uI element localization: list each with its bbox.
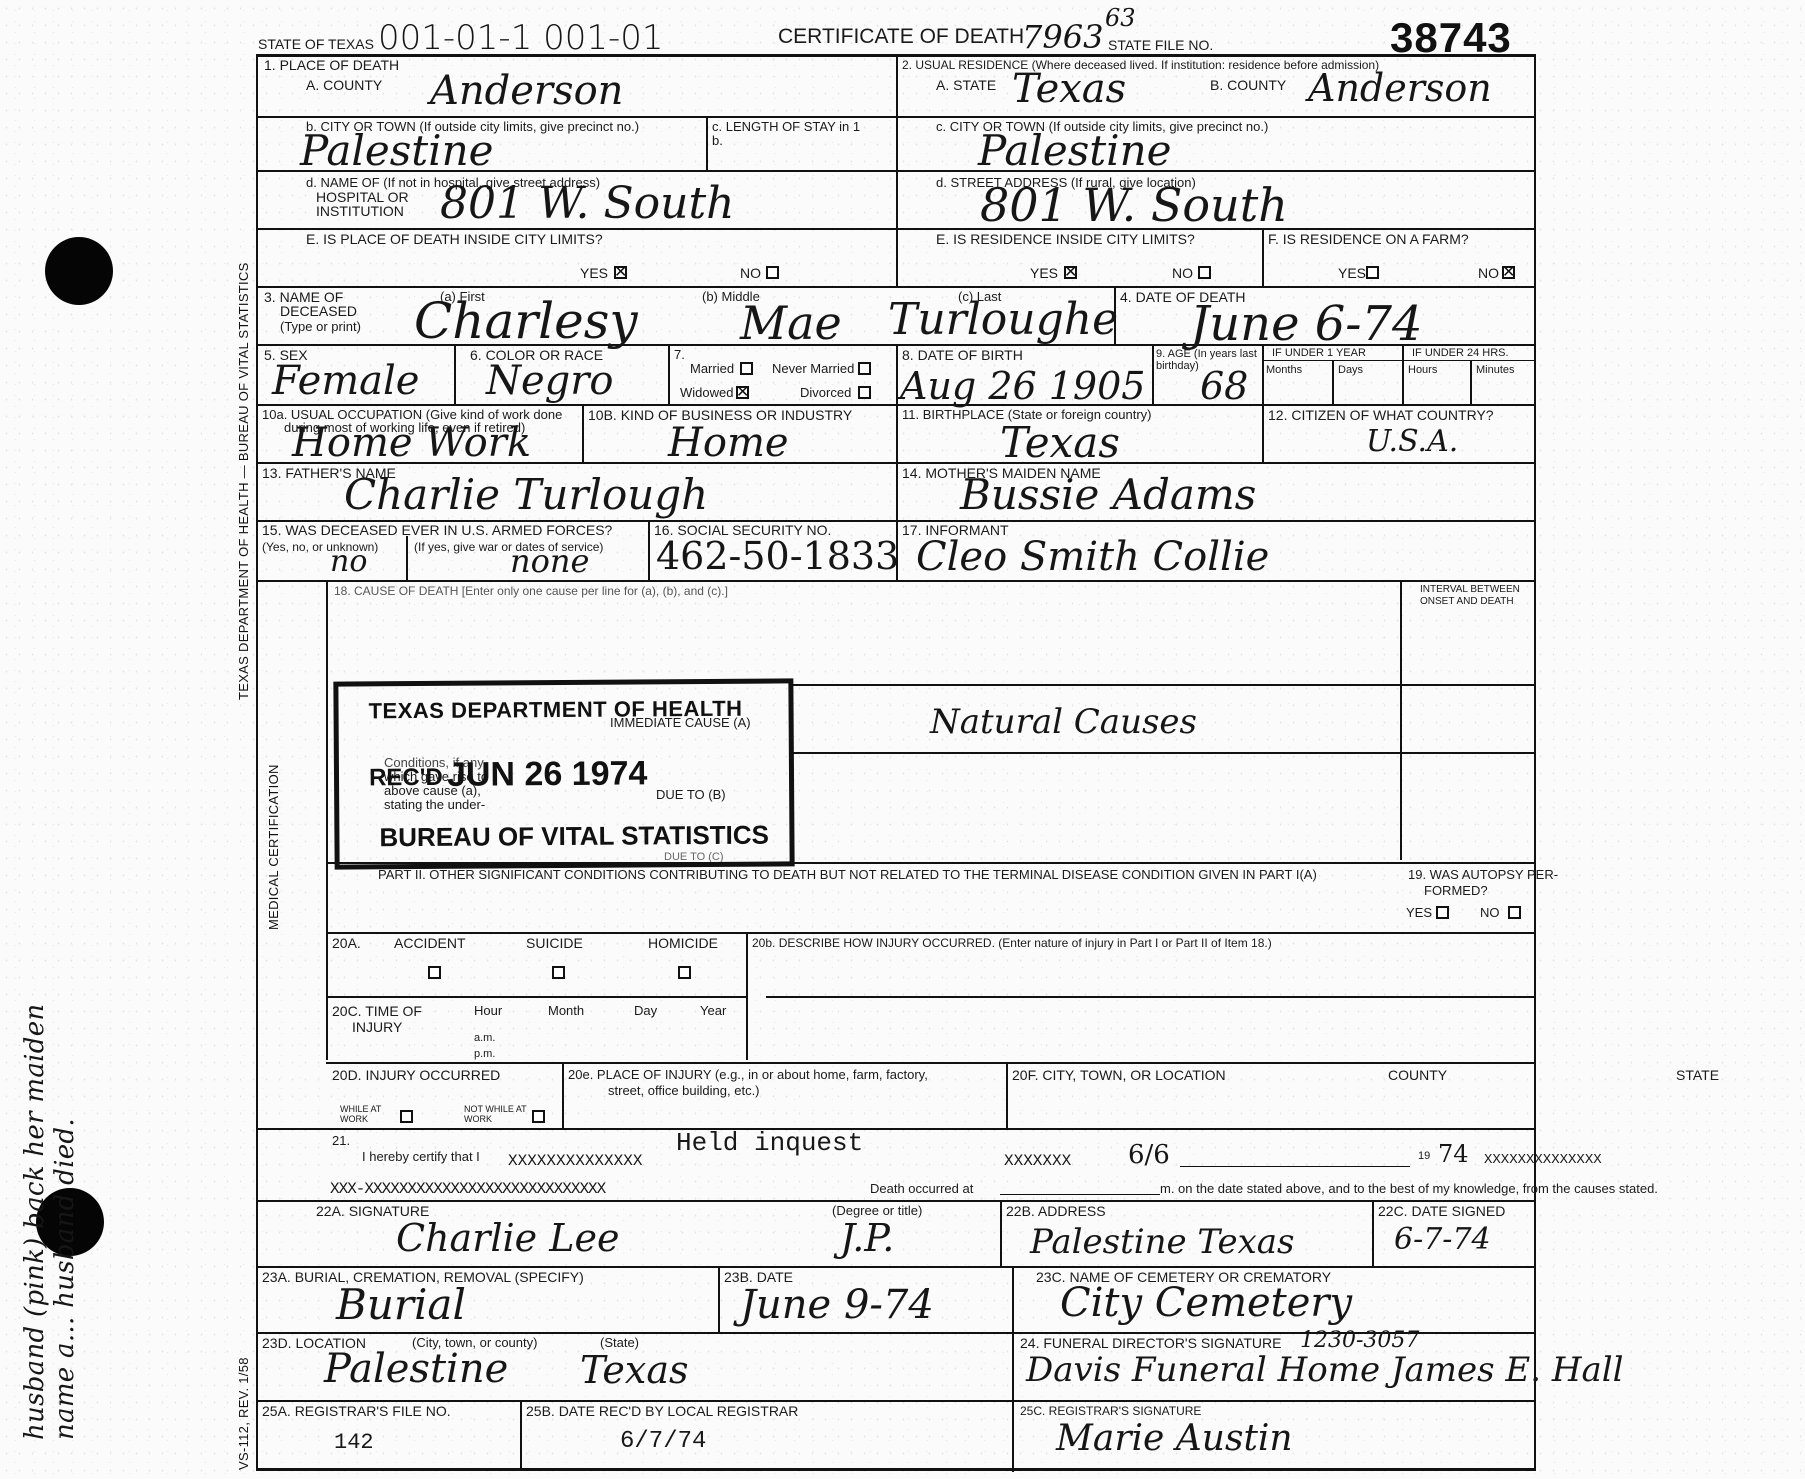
residence-state-value: Texas <box>1012 66 1126 112</box>
under-1-year-label: IF UNDER 1 YEAR <box>1272 347 1366 359</box>
funeral-director-label: 24. FUNERAL DIRECTOR'S SIGNATURE <box>1020 1336 1281 1350</box>
business-value: Home <box>668 420 789 466</box>
form-code-side-label: VS-112, REV. 1/58 <box>236 1357 251 1470</box>
accident-checkbox[interactable] <box>428 966 441 979</box>
border-left <box>256 54 258 1470</box>
stamp-received-prefix: REC'D <box>369 764 443 793</box>
rule <box>1262 228 1264 286</box>
rule <box>406 536 408 580</box>
certification-year: 74 <box>1438 1140 1469 1168</box>
date-signed-label: 22c. DATE SIGNED <box>1378 1204 1505 1218</box>
state-file-no-label: STATE FILE NO. <box>1108 38 1213 52</box>
registrar-file-no: 142 <box>334 1430 374 1455</box>
place-of-death-label: 1. PLACE OF DEATH <box>264 58 399 72</box>
autopsy-no-checkbox[interactable] <box>1508 906 1521 919</box>
suicide-label: SUICIDE <box>526 936 583 950</box>
registrar-file-no-label: 25a. REGISTRAR'S FILE NO. <box>262 1404 451 1418</box>
occupation-value: Home Work <box>292 420 531 466</box>
armed-forces-value: no <box>330 544 367 579</box>
rule <box>1180 1166 1410 1167</box>
am-label: a.m. <box>474 1032 495 1044</box>
accident-num-label: 20a. <box>332 936 361 950</box>
burial-date-value: June 9-74 <box>740 1282 934 1328</box>
rule <box>1262 404 1264 462</box>
autopsy-label: 19. WAS AUTOPSY PER- <box>1408 868 1558 882</box>
border-bottom <box>256 1468 1536 1471</box>
residence-farm-yes-checkbox[interactable] <box>1366 266 1379 279</box>
residence-street-value: 801 W. South <box>980 178 1288 232</box>
rule <box>1152 344 1154 404</box>
rule <box>326 580 328 1060</box>
rule <box>1000 1194 1160 1195</box>
registrar-signature-label: 25c. REGISTRAR'S SIGNATURE <box>1020 1404 1201 1418</box>
hospital-label-3: INSTITUTION <box>316 204 404 218</box>
certifier-address: Palestine Texas <box>1030 1222 1294 1262</box>
certification-num: 21. <box>332 1134 350 1148</box>
rule <box>326 1062 1536 1064</box>
injury-state-label: STATE <box>1676 1068 1719 1082</box>
certify-text: I hereby certify that I <box>362 1150 480 1164</box>
struck-row: XXX-XXXXXXXXXXXXXXXXXXXXXXXXXXXX <box>330 1180 605 1198</box>
rule <box>648 520 650 580</box>
registrar-signature: Marie Austin <box>1056 1418 1293 1459</box>
death-inside-city-no-label: NO <box>740 266 761 280</box>
rule <box>256 580 1536 582</box>
stamp-received-date: JUN 26 1974 <box>447 754 648 794</box>
residence-state-label: a. STATE <box>936 78 996 92</box>
death-inside-city-yes-checkbox[interactable] <box>614 266 627 279</box>
month-label: Month <box>548 1004 584 1018</box>
rule <box>562 1062 564 1128</box>
cemetery-value: City Cemetery <box>1060 1280 1352 1326</box>
date-of-death-value: June 6-74 <box>1190 296 1423 352</box>
race-value: Negro <box>486 358 613 404</box>
rule <box>1006 1062 1008 1128</box>
year-label: Year <box>700 1004 726 1018</box>
death-county-label: a. COUNTY <box>306 78 382 92</box>
certificate-title: CERTIFICATE OF DEATH <box>778 26 1024 48</box>
rule <box>1332 360 1334 404</box>
injury-occurred-label: 20d. INJURY OCCURRED <box>332 1068 500 1082</box>
autopsy-yes-label: YES <box>1406 906 1432 920</box>
death-inside-city-no-checkbox[interactable] <box>766 266 779 279</box>
residence-inside-city-no-label: NO <box>1172 266 1193 280</box>
rule <box>1372 1200 1374 1266</box>
homicide-label: HOMICIDE <box>648 936 718 950</box>
rule <box>766 996 1536 998</box>
hour-label: Hour <box>474 1004 502 1018</box>
autopsy-yes-checkbox[interactable] <box>1436 906 1449 919</box>
rule <box>668 344 670 404</box>
days-label: Days <box>1338 364 1363 376</box>
struck-text-1: XXXXXXXXXXXXXX <box>508 1152 642 1170</box>
state-of-texas-label: STATE OF TEXAS <box>258 37 374 51</box>
handwritten-code: 001-01-1 001-01 <box>378 18 664 58</box>
location-city-value: Palestine <box>324 1346 508 1392</box>
day-label: Day <box>634 1004 657 1018</box>
rule <box>746 932 748 1060</box>
rule <box>326 932 1536 934</box>
divorced-checkbox[interactable] <box>858 386 871 399</box>
service-value: none <box>510 542 589 580</box>
rule <box>256 116 1536 118</box>
death-county-value: Anderson <box>430 68 623 114</box>
dob-value: Aug 26 1905 <box>900 364 1145 408</box>
residence-farm-no-label: NO <box>1478 266 1499 280</box>
divorced-label: Divorced <box>800 386 851 400</box>
margin-note: husband (pink) back her maiden name a...… <box>20 1004 80 1440</box>
residence-county-label: b. COUNTY <box>1210 78 1286 92</box>
deceased-name-label-3: (Type or print) <box>280 320 361 334</box>
rule <box>256 1200 1536 1202</box>
married-checkbox[interactable] <box>740 362 753 375</box>
hospital-value: 801 W. South <box>440 178 734 229</box>
typed-inquest: Held inquest <box>676 1128 863 1158</box>
rule <box>790 684 1535 686</box>
medical-certification-side-label: MEDICAL CERTIFICATION <box>266 764 281 930</box>
not-while-at-work-label: NOT WHILE AT WORK <box>464 1104 532 1124</box>
rule <box>1000 1200 1002 1266</box>
place-of-injury-label-2: street, office building, etc.) <box>608 1084 760 1098</box>
residence-inside-city-label: e. IS RESIDENCE INSIDE CITY LIMITS? <box>936 232 1195 246</box>
residence-county-value: Anderson <box>1308 66 1492 110</box>
certifier-address-label: 22b. ADDRESS <box>1006 1204 1106 1218</box>
length-of-stay-label: c. LENGTH OF STAY in 1 b. <box>712 120 872 148</box>
time-of-injury-label-2: INJURY <box>352 1020 402 1034</box>
hospital-label-2: HOSPITAL OR <box>316 190 409 204</box>
armed-forces-label: 15. WAS DECEASED EVER IN U.S. ARMED FORC… <box>262 523 612 537</box>
date-recd-value: 6/7/74 <box>620 1428 706 1455</box>
residence-inside-city-yes-label: YES <box>1030 266 1058 280</box>
hours-label: Hours <box>1408 364 1437 376</box>
immediate-cause-value: Natural Causes <box>930 702 1197 742</box>
accident-label: ACCIDENT <box>394 936 466 950</box>
rule <box>1402 344 1404 404</box>
rule <box>256 1128 1536 1130</box>
pm-label: p.m. <box>474 1048 495 1060</box>
informant-value: Cleo Smith Collie <box>916 534 1269 580</box>
border-right <box>1534 54 1536 1470</box>
rule <box>520 1400 522 1470</box>
received-stamp: TEXAS DEPARTMENT OF HEALTH REC'D JUN 26 … <box>333 678 794 869</box>
rule <box>256 1266 1536 1268</box>
ssn-value: 462-50-1833 <box>656 534 899 578</box>
struck-text-2: XXXXXXX <box>1004 1152 1071 1170</box>
residence-inside-city-yes-checkbox[interactable] <box>1064 266 1077 279</box>
margin-note-line-1: husband (pink) back her maiden <box>20 1004 50 1440</box>
stamp-bureau: BUREAU OF VITAL STATISTICS <box>379 820 769 854</box>
describe-injury-label: 20b. DESCRIBE HOW INJURY OCCURRED. (Ente… <box>752 936 1272 950</box>
location-state-value: Texas <box>580 1348 688 1392</box>
never-married-label: Never Married <box>772 362 854 376</box>
rule <box>582 404 584 462</box>
marital-label: 7. <box>674 348 685 362</box>
rule <box>896 344 898 404</box>
minutes-label: Minutes <box>1476 364 1515 376</box>
residence-city-value: Palestine <box>978 126 1171 175</box>
birthplace-value: Texas <box>1000 418 1120 467</box>
citizen-label: 12. CITIZEN OF WHAT COUNTRY? <box>1268 408 1494 422</box>
rule <box>1262 360 1536 361</box>
months-label: Months <box>1266 364 1302 376</box>
rule <box>896 404 898 462</box>
struck-tail: XXXXXXXXXXXXXX <box>1484 1152 1602 1168</box>
widowed-label: Widowed <box>680 386 733 400</box>
while-at-work-checkbox[interactable] <box>400 1110 413 1123</box>
department-side-label: TEXAS DEPARTMENT OF HEALTH — BUREAU OF V… <box>236 262 251 700</box>
married-label: Married <box>690 362 734 376</box>
deceased-last-name: Turloughe <box>888 294 1118 345</box>
death-occurred-at-label: Death occurred at <box>870 1182 973 1196</box>
while-at-work-label: WHILE AT WORK <box>340 1104 396 1124</box>
injury-county-label: COUNTY <box>1388 1068 1447 1082</box>
stamp-department: TEXAS DEPARTMENT OF HEALTH <box>368 696 742 725</box>
cause-section-label: 18. CAUSE OF DEATH [Enter only one cause… <box>334 584 728 598</box>
rule <box>1470 360 1472 404</box>
not-while-at-work-checkbox[interactable] <box>532 1110 545 1123</box>
handwritten-superscript-number: 63 <box>1105 4 1136 32</box>
burial-method-value: Burial <box>336 1280 466 1329</box>
suicide-checkbox[interactable] <box>552 966 565 979</box>
deceased-middle-name: Mae <box>740 296 842 350</box>
never-married-checkbox[interactable] <box>858 362 871 375</box>
deceased-name-label-2: DECEASED <box>280 304 357 318</box>
death-inside-city-yes-label: YES <box>580 266 608 280</box>
interval-label: INTERVAL BETWEEN ONSET AND DEATH <box>1420 584 1520 608</box>
residence-farm-yes-label: YES <box>1338 266 1366 280</box>
father-value: Charlie Turlough <box>344 470 708 519</box>
certifier-signature: Charlie Lee <box>396 1216 619 1260</box>
deceased-first-name: Charlesy <box>414 292 638 350</box>
citizen-value: U.S.A. <box>1366 424 1458 459</box>
mother-value: Bussie Adams <box>960 470 1256 519</box>
rule <box>1400 580 1402 860</box>
death-inside-city-label: e. IS PLACE OF DEATH INSIDE CITY LIMITS? <box>306 232 603 246</box>
sex-value: Female <box>272 358 419 404</box>
death-city-value: Palestine <box>300 126 493 175</box>
date-recd-label: 25b. DATE REC'D BY LOCAL REGISTRAR <box>526 1404 798 1418</box>
place-of-injury-label: 20e. PLACE OF INJURY (e.g., in or about … <box>568 1068 928 1082</box>
widowed-checkbox[interactable] <box>736 386 749 399</box>
autopsy-no-label: NO <box>1480 906 1500 920</box>
rule <box>1262 344 1264 404</box>
certification-text: m. on the date stated above, and to the … <box>1160 1182 1658 1196</box>
certification-date: 6/6 <box>1128 1140 1170 1170</box>
certifier-degree: J.P. <box>840 1216 894 1260</box>
funeral-director-signature: Davis Funeral Home James E. Hall <box>1026 1350 1624 1390</box>
margin-note-line-2: name a... husband died. <box>50 1004 80 1440</box>
age-value: 68 <box>1200 364 1248 408</box>
time-of-injury-label: 20c. TIME OF <box>332 1004 422 1018</box>
rule <box>706 116 708 172</box>
dob-label: 8. DATE OF BIRTH <box>902 348 1023 362</box>
under-24-hrs-label: IF UNDER 24 HRS. <box>1412 347 1509 359</box>
rule <box>256 1400 1536 1402</box>
injury-city-label: 20f. CITY, TOWN, OR LOCATION <box>1012 1068 1226 1082</box>
punch-hole-top <box>45 237 113 305</box>
rule <box>326 996 746 998</box>
residence-farm-no-checkbox[interactable] <box>1502 266 1515 279</box>
deceased-name-label: 3. NAME OF <box>264 290 343 304</box>
rule <box>454 344 456 404</box>
rule <box>256 286 1536 288</box>
residence-inside-city-no-checkbox[interactable] <box>1198 266 1211 279</box>
date-signed-value: 6-7-74 <box>1394 1222 1491 1257</box>
rule <box>1012 1266 1014 1472</box>
part-two-label: PART II. OTHER SIGNIFICANT CONDITIONS CO… <box>378 868 1317 882</box>
residence-farm-label: f. IS RESIDENCE ON A FARM? <box>1268 232 1469 246</box>
autopsy-label-2: FORMED? <box>1424 884 1488 898</box>
handwritten-certificate-number: 7963 <box>1022 18 1103 56</box>
rule <box>790 752 1535 754</box>
year-prefix: 19 <box>1418 1150 1430 1162</box>
rule <box>718 1266 720 1332</box>
homicide-checkbox[interactable] <box>678 966 691 979</box>
